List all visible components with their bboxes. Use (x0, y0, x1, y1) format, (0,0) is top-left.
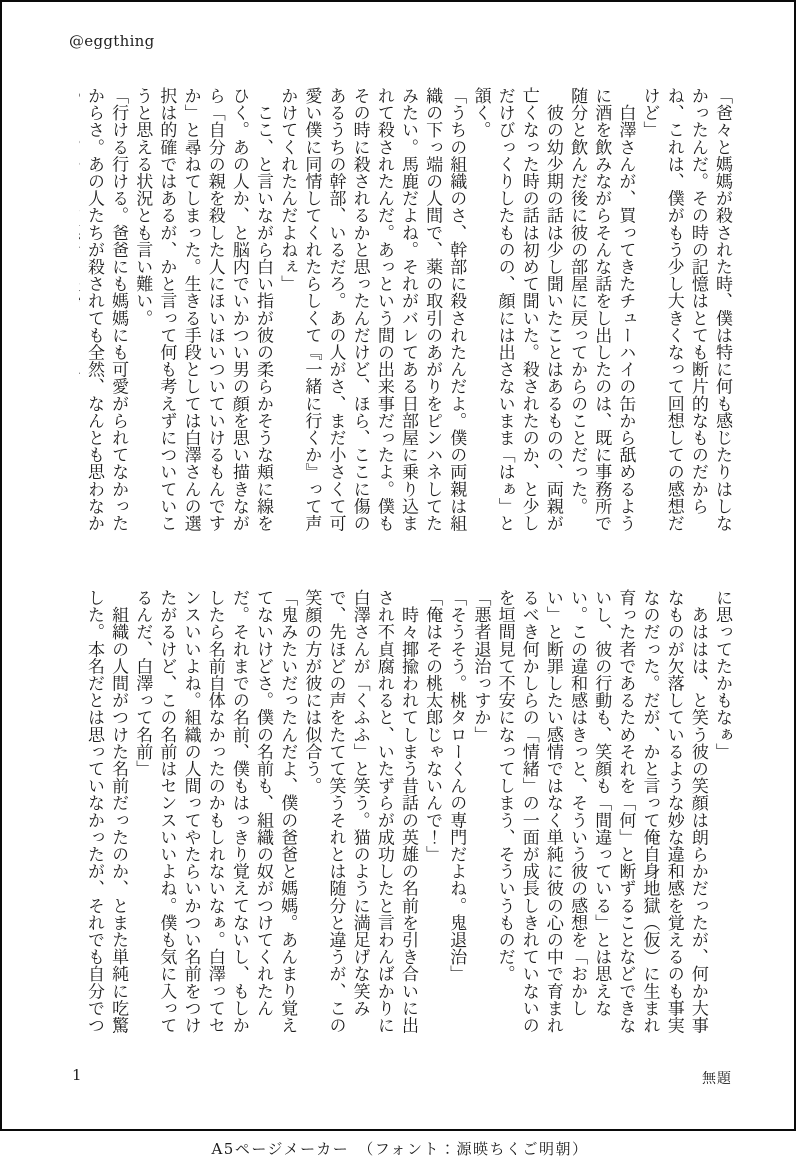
paragraph: 「悪者退治っすか」 (468, 589, 492, 1041)
footer-caption: A5ページメーカー （フォント：源暎ちくご明朝） (0, 1138, 800, 1159)
body-text-lower-block: に思ってたかもなぁ」 あははは、と笑う彼の笑顔は朗らかだったが、何か大事なものが… (79, 589, 734, 1041)
page-title: 無題 (702, 1068, 732, 1088)
paragraph: に思ってたかもなぁ」 (710, 589, 734, 1041)
author-handle: @eggthing (69, 32, 155, 50)
paragraph: 「俺はその桃太郎じゃないんで！」 (420, 589, 444, 1041)
paragraph: 白澤さんが、買ってきたチューハイの缶から舐めるように酒を飲みながらそんな話をし出… (565, 87, 637, 539)
paragraph: 「そうそう。桃タローくんの専門だよね。鬼退治」 (444, 589, 468, 1041)
paragraph: 「鬼みたいだったんだよ、僕の爸爸と媽媽。あんまり覚えてないけどさ。僕の名前も、組… (130, 589, 299, 1041)
paragraph: あははは、と笑う彼の笑顔は朗らかだったが、何か大事なものが欠落しているような妙な… (492, 589, 709, 1041)
paragraph: 「うちの組織のさ、幹部に殺されたんだよ。僕の両親は組織の下っ端の人間で、薬の取引… (275, 87, 468, 539)
paragraph: 「爸々と媽媽が殺された時、僕は特に何も感じたりはしなかったんだ。その時の記憶はと… (637, 87, 734, 539)
body-text-upper-block: 「爸々と媽媽が殺された時、僕は特に何も感じたりはしなかったんだ。その時の記憶はと… (79, 87, 734, 539)
page-border: @eggthing 「爸々と媽媽が殺された時、僕は特に何も感じたりはしなかったん… (0, 0, 796, 1131)
paragraph: 時々揶揄われてしまう昔話の英雄の名前を引き合いに出され不貞腐れると、いたずらが成… (299, 589, 420, 1041)
paragraph: ここ、と言いながら白い指が彼の柔らかそうな頬に線をひく。あの人か、と脳内でいかつ… (130, 87, 275, 539)
paragraph: 組織の人間がつけた名前だったのか、とまた単純に吃驚した。本名だとは思っていなかっ… (82, 589, 130, 1041)
paragraph: 彼の幼少期の話は少し聞いたことはあるものの、両親が亡くなった時の話は初めて聞いた… (468, 87, 565, 539)
page-number: 1 (72, 1066, 82, 1084)
paragraph: 「行ける行ける。爸爸にも媽媽にも可愛がられてなかったからさ。あの人たちが殺されて… (79, 87, 130, 539)
